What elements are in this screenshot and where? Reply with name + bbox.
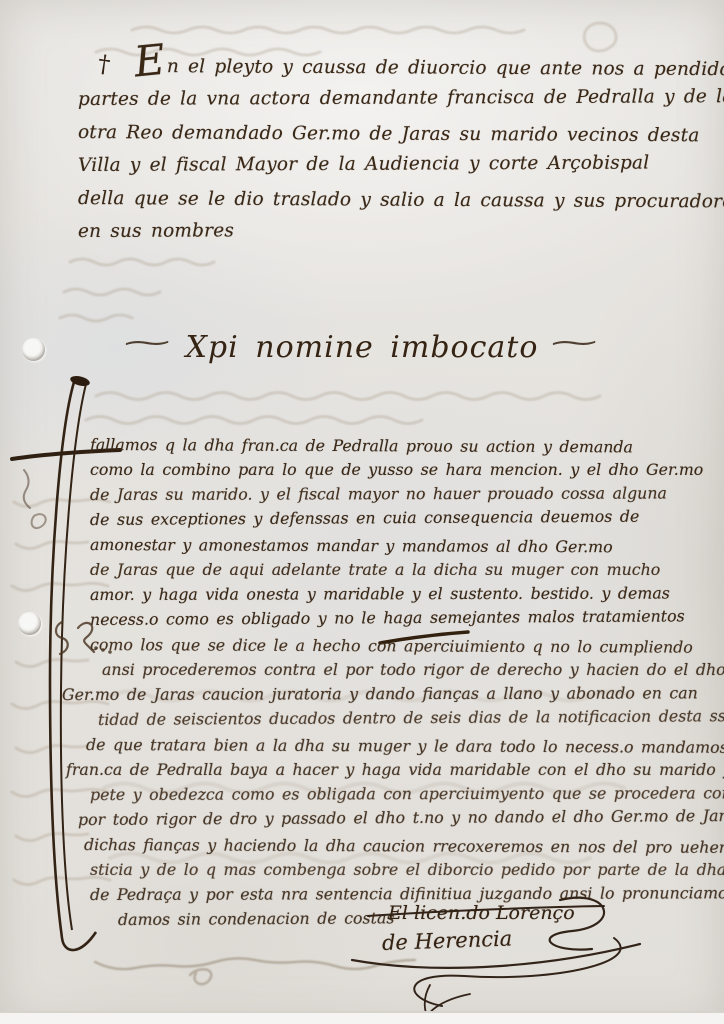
left-flourish: ~ [119,328,178,358]
opening-line: partes de la vna actora demandante franc… [78,80,722,116]
invocation-heading: ~Xpi nomine imbocato~ [0,330,724,365]
opening-line-text: n el pleyto y caussa de diuorcio que ant… [167,56,724,81]
body-line: amonestar y amonestamos mandar y mandamo… [90,532,716,560]
body-line: como los que se dice le a hecho con aper… [90,632,716,660]
opening-line: en sus nombres [78,212,722,248]
body-line: como la combino para lo que de yusso se … [90,457,716,482]
body-line: dichas fianças y haciendo la dha caucion… [84,832,716,860]
body-line: de que tratara bien a la dha su muger y … [86,732,716,760]
body-line: fallamos q la dha fran.ca de Pedralla pr… [90,432,716,460]
body-line: necess.o como es obligado y no le haga s… [90,603,716,632]
body-line: tidad de seiscientos ducados dentro de s… [98,703,716,732]
body-line: por todo rigor de dro y passado el dho t… [78,803,716,832]
signature-block: El licen.do Lorenço de Herencia [388,898,575,958]
invocation-text: Xpi nomine imbocato [186,330,539,365]
body-line: fran.ca de Pedralla baya a hacer y haga … [66,757,716,782]
bracket-ink-blob [69,374,91,388]
opening-paragraph: En el pleyto y caussa de diuorcio que an… [78,48,722,248]
body-line: de Jaras que de aqui adelante trate a la… [90,557,716,582]
body-line: de sus exceptiones y defenssas en cuia c… [90,503,716,532]
signature-line-2: de Herencia [381,921,575,958]
scanned-manuscript-page: † En el pleyto y caussa de diuorcio que … [0,0,724,1024]
body-line: sticia y de lo q mas combenga sobre el d… [90,857,716,882]
body-paragraph: fallamos q la dha fran.ca de Pedralla pr… [90,432,716,932]
scan-edge-strip [0,1011,724,1024]
body-line: ansi procederemos contra el por todo rig… [102,657,716,682]
right-flourish: ~ [546,328,605,358]
hole-punch-bottom [18,612,41,635]
drop-cap-initial: E [133,50,166,73]
opening-line: Villa y el fiscal Mayor de la Audiencia … [78,146,722,182]
